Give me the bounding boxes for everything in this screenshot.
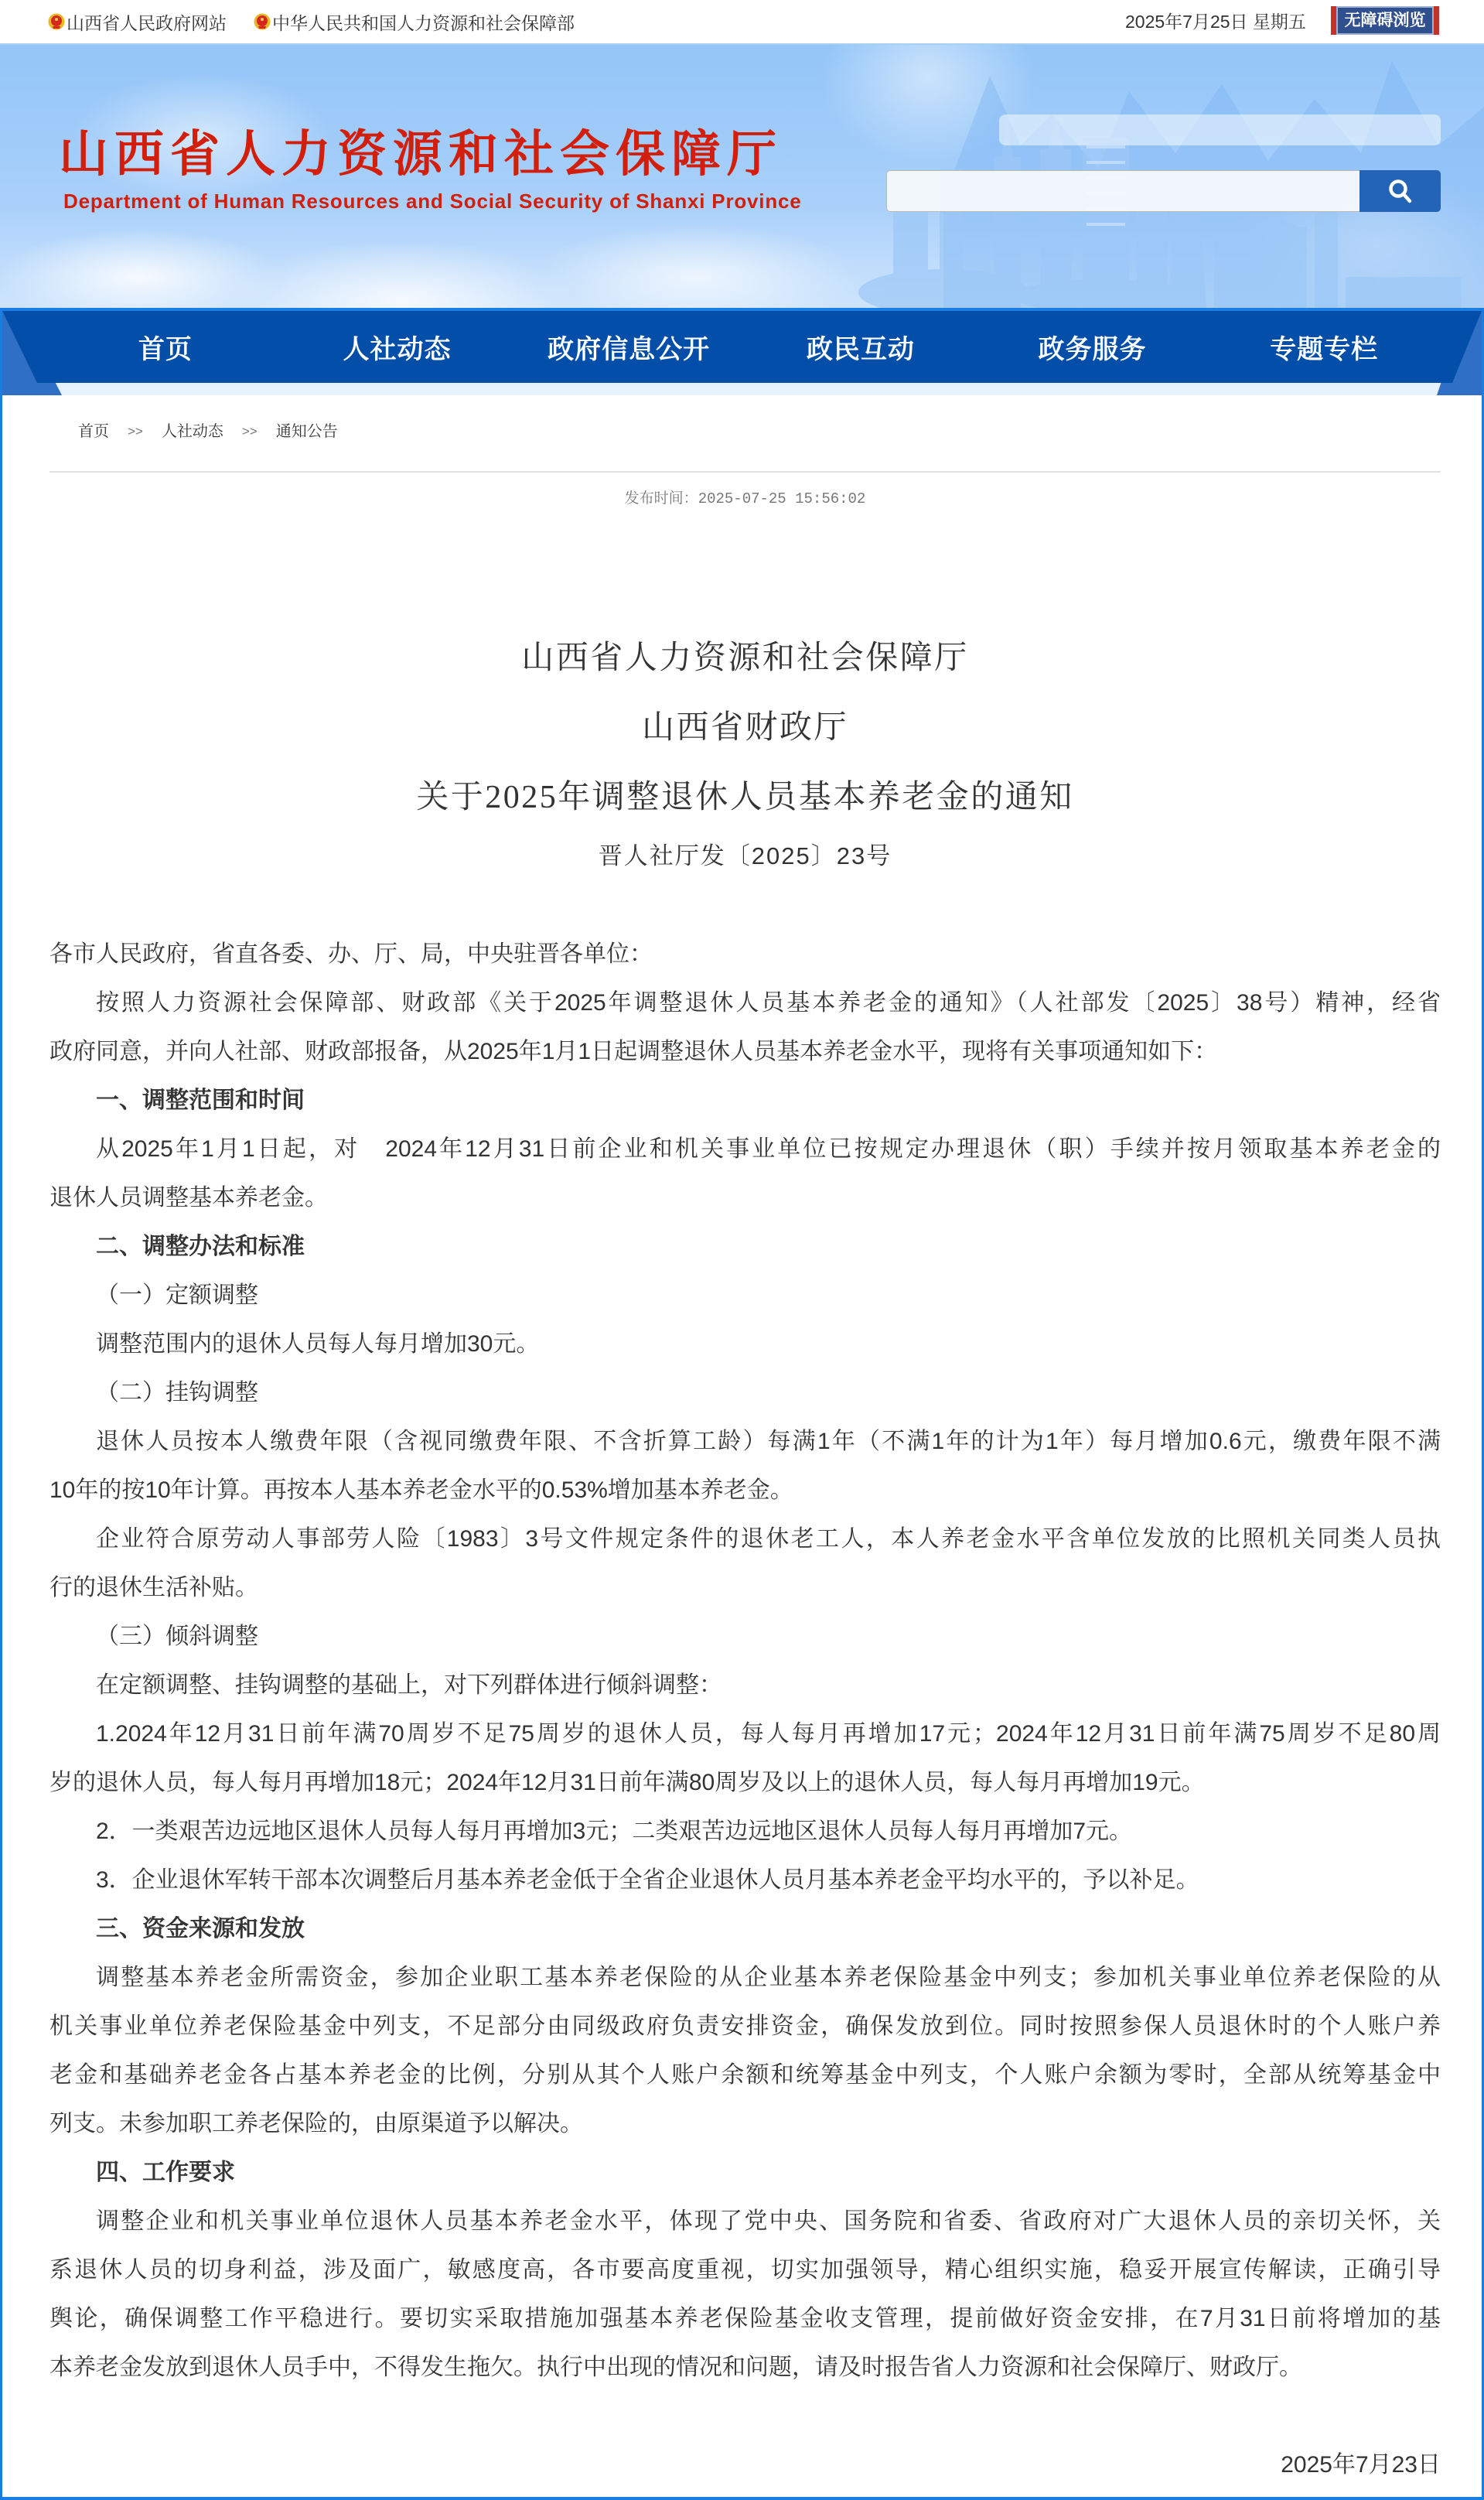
notice-title: 关于2025年调整退休人员基本养老金的通知 — [49, 763, 1441, 832]
publish-time-value: 2025-07-25 15:56:02 — [698, 490, 866, 507]
site-title: 山西省人力资源和社会保障厅 — [59, 126, 783, 183]
publish-time: 发布时间：2025-07-25 15:56:02 — [49, 490, 1441, 508]
search-input[interactable] — [886, 170, 1359, 212]
paragraph-line: 调整范围内的退休人员每人每月增加30元。 — [49, 1320, 1441, 1368]
link-label: 中华人民共和国人力资源和社会保障部 — [272, 9, 575, 35]
subsection-heading: （一）定额调整 — [49, 1271, 1441, 1320]
paragraph-line: 按照人力资源社会保障部、财政部《关于2025年调整退休人员基本养老金的通知》（人… — [49, 978, 1441, 1027]
paragraph-line: 系退休人员的切身利益，涉及面广，敏感度高，各市要高度重视，切实加强领导，精心组织… — [49, 2246, 1441, 2294]
section-heading: 三、资金来源和发放 — [49, 1904, 1441, 1953]
publish-time-label: 发布时间： — [625, 490, 698, 507]
paragraph-line: 从2025年1月1日起，对 2024年12月31日前企业和机关事业单位已按规定办… — [49, 1125, 1441, 1173]
nav-item-home[interactable]: 首页 — [49, 311, 281, 383]
subsection-heading: （三）倾斜调整 — [49, 1612, 1441, 1661]
blank-line — [49, 2392, 1441, 2440]
breadcrumb: 首页 >> 人社动态 >> 通知公告 — [49, 422, 1441, 442]
search-button[interactable] — [1359, 170, 1441, 212]
nav-items: 首页 人社动态 政府信息公开 政民互动 政务服务 专题专栏 — [49, 311, 1440, 383]
section-heading: 一、调整范围和时间 — [49, 1076, 1441, 1125]
breadcrumb-separator: >> — [128, 422, 143, 442]
top-bar: 山西省人民政府网站 中华人民共和国人力资源和社会保障部 2025年7月25日 星… — [0, 0, 1484, 45]
paragraph-line: 舆论，确保调整工作平稳进行。要切实采取措施加强基本养老保险基金收支管理，提前做好… — [49, 2294, 1441, 2343]
paragraph-line: 退休人员按本人缴费年限（含视同缴费年限、不含折算工龄）每满1年（不满1年的计为1… — [49, 1417, 1441, 1466]
search-decoration — [999, 114, 1441, 145]
paragraph-line: 岁的退休人员，每人每月再增加18元；2024年12月31日前年满80周岁及以上的… — [49, 1758, 1441, 1807]
nav-item-special-topics[interactable]: 专题专栏 — [1208, 311, 1440, 383]
nav-item-hrss-news[interactable]: 人社动态 — [281, 311, 513, 383]
accessibility-button[interactable]: 无障碍浏览 — [1331, 6, 1439, 35]
section-heading: 四、工作要求 — [49, 2148, 1441, 2197]
link-shanxi-government[interactable]: 山西省人民政府网站 — [48, 0, 227, 43]
paragraph-line: 退休人员调整基本养老金。 — [49, 1173, 1441, 1222]
paragraph-line: 本养老金发放到退休人员手中，不得发生拖欠。执行中出现的情况和问题，请及时报告省人… — [49, 2343, 1441, 2392]
search-icon — [1387, 178, 1414, 204]
breadcrumb-hrss-news[interactable]: 人社动态 — [162, 422, 223, 442]
issuer-hrss: 山西省人力资源和社会保障厅 — [49, 623, 1441, 693]
breadcrumb-home[interactable]: 首页 — [78, 422, 109, 442]
section-heading: 二、调整办法和标准 — [49, 1222, 1441, 1271]
issuer-finance: 山西省财政厅 — [49, 693, 1441, 763]
breadcrumb-notices[interactable]: 通知公告 — [276, 422, 338, 442]
current-date: 2025年7月25日 星期五 — [1125, 0, 1306, 43]
paragraph-line: 列支。未参加职工养老保险的，由原渠道予以解决。 — [49, 2099, 1441, 2148]
breadcrumb-separator: >> — [242, 422, 258, 442]
nav-item-gov-info-disclosure[interactable]: 政府信息公开 — [513, 311, 745, 383]
site-subtitle-english: Department of Human Resources and Social… — [63, 189, 802, 213]
paragraph-line: 调整企业和机关事业单位退休人员基本养老金水平，体现了党中央、国务院和省委、省政府… — [49, 2197, 1441, 2246]
nav-item-public-interaction[interactable]: 政民互动 — [745, 311, 977, 383]
link-label: 山西省人民政府网站 — [67, 9, 227, 35]
link-mohrss[interactable]: 中华人民共和国人力资源和社会保障部 — [254, 0, 575, 43]
signature-date: 2025年7月23日 — [49, 2440, 1441, 2489]
national-emblem-icon — [48, 12, 65, 31]
paragraph-line: 3．企业退休军转干部本次调整后月基本养老金低于全省企业退休人员月基本养老金平均水… — [49, 1856, 1441, 1904]
paragraph-line: 行的退休生活补贴。 — [49, 1563, 1441, 1612]
subsection-heading: （二）挂钩调整 — [49, 1368, 1441, 1417]
paragraph-line: 机关事业单位养老保险基金中列支，不足部分由同级政府负责安排资金，确保发放到位。同… — [49, 2002, 1441, 2051]
paragraph-line: 政府同意，并向人社部、财政部报备，从2025年1月1日起调整退休人员基本养老金水… — [49, 1027, 1441, 1076]
paragraph-line: 10年的按10年计算。再按本人基本养老金水平的0.53%增加基本养老金。 — [49, 1466, 1441, 1515]
paragraph-line: 1.2024年12月31日前年满70周岁不足75周岁的退休人员，每人每月再增加1… — [49, 1709, 1441, 1758]
national-emblem-icon — [254, 12, 271, 31]
article-body: 各市人民政府，省直各委、办、厅、局，中央驻晋各单位： 按照人力资源社会保障部、财… — [49, 930, 1441, 2489]
paragraph-line: 在定额调整、挂钩调整的基础上，对下列群体进行倾斜调整： — [49, 1661, 1441, 1709]
document-number: 晋人社厅发〔2025〕23号 — [49, 832, 1441, 880]
divider — [49, 471, 1441, 473]
paragraph-line: 企业符合原劳动人事部劳人险〔1983〕3号文件规定条件的退休老工人，本人养老金水… — [49, 1515, 1441, 1563]
document-title: 山西省人力资源和社会保障厅 山西省财政厅 关于2025年调整退休人员基本养老金的… — [49, 623, 1441, 832]
nav-item-gov-services[interactable]: 政务服务 — [977, 311, 1209, 383]
paragraph-line: 2．一类艰苦边远地区退休人员每人每月再增加3元；二类艰苦边远地区退休人员每人每月… — [49, 1807, 1441, 1856]
paragraph-line: 老金和基础养老金各占基本养老金的比例，分别从其个人账户余额和统筹基金中列支，个人… — [49, 2051, 1441, 2099]
article: 首页 >> 人社动态 >> 通知公告 发布时间：2025-07-25 15:56… — [49, 395, 1441, 2489]
paragraph-line: 调整基本养老金所需资金，参加企业职工基本养老保险的从企业基本养老保险基金中列支；… — [49, 1953, 1441, 2002]
salutation: 各市人民政府，省直各委、办、厅、局，中央驻晋各单位： — [49, 930, 1441, 978]
page: 山西省人民政府网站 中华人民共和国人力资源和社会保障部 2025年7月25日 星… — [0, 0, 1484, 2500]
main-nav: 首页 人社动态 政府信息公开 政民互动 政务服务 专题专栏 — [0, 308, 1484, 395]
